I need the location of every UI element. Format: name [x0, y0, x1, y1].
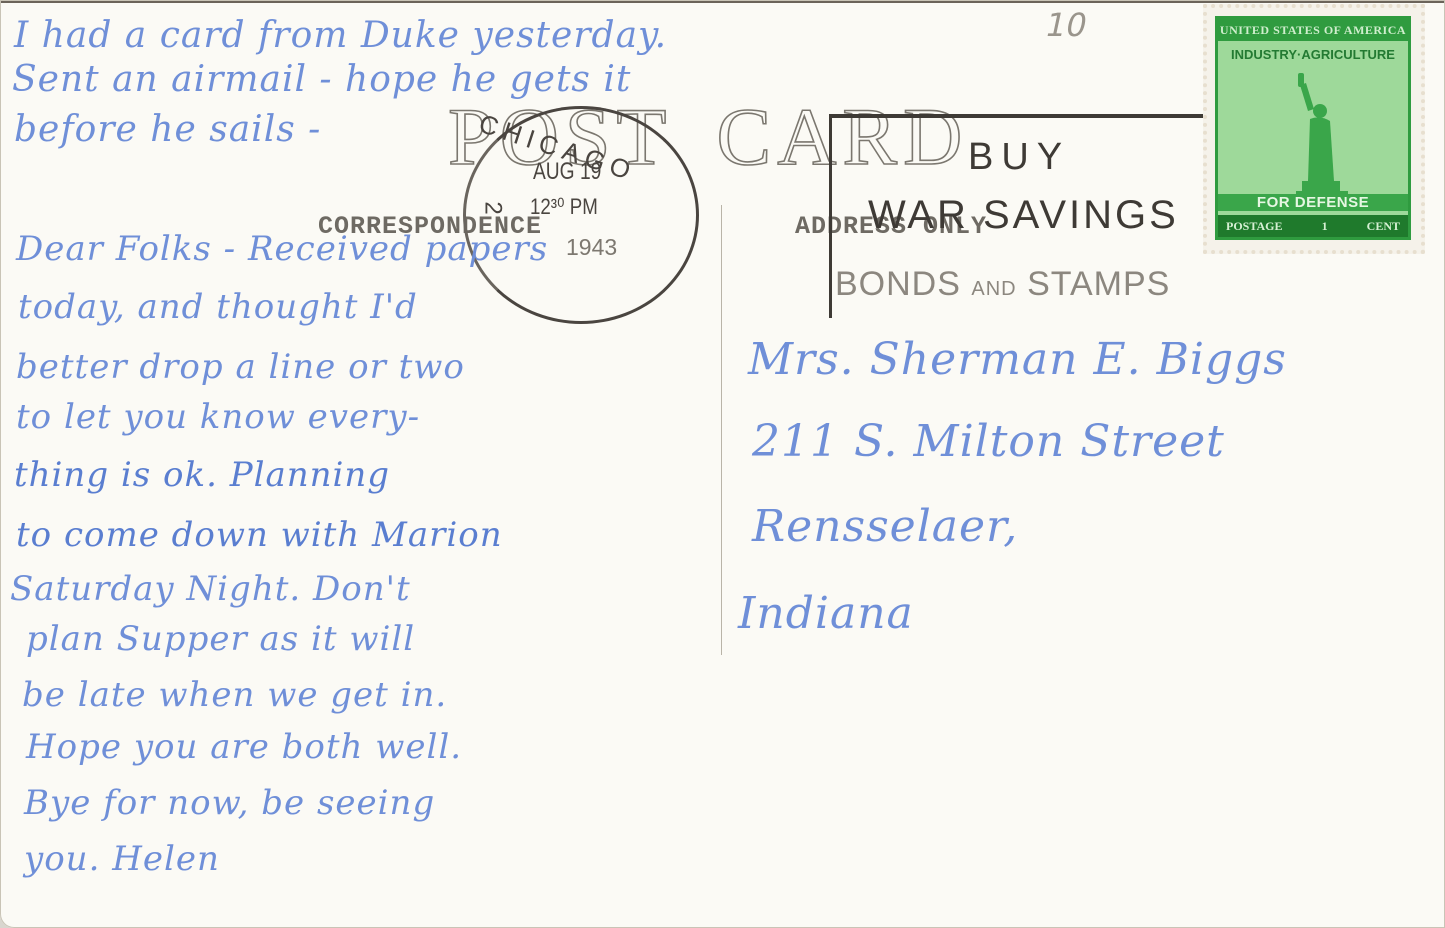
- postage-stamp: UNITED STATES OF AMERICA INDUSTRY·AGRICU…: [1203, 4, 1425, 254]
- message-line: to let you know every-: [16, 400, 420, 434]
- slogan-bonds-stamps: BONDS AND STAMPS: [835, 267, 1170, 301]
- stamp-value-bar: POSTAGE 1 CENT: [1218, 215, 1408, 237]
- page-number: 10: [1042, 6, 1091, 44]
- slogan-bonds: BONDS: [835, 265, 961, 303]
- postmark-date: AUG 19: [533, 160, 601, 184]
- stamp-face: UNITED STATES OF AMERICA INDUSTRY·AGRICU…: [1215, 16, 1411, 240]
- message-line: be late when we get in.: [22, 678, 447, 712]
- postmark-zone: 2: [481, 201, 505, 214]
- signature-line: you. Helen: [24, 842, 220, 876]
- stamp-postage-label: POSTAGE: [1226, 215, 1282, 237]
- message-line: plan Supper as it will: [26, 622, 415, 656]
- note-line: before he sails -: [14, 112, 321, 148]
- message-line: today, and thought I'd: [18, 290, 418, 324]
- slogan-war-savings: WAR SAVINGS: [868, 195, 1179, 235]
- stamp-cent-label: CENT: [1367, 215, 1400, 237]
- stamp-denomination: 1: [1322, 215, 1328, 237]
- postmark-time: 12³⁰ PM: [530, 196, 598, 218]
- message-line: thing is ok. Planning: [14, 458, 390, 492]
- address-line-name: Mrs. Sherman E. Biggs: [748, 338, 1287, 382]
- postcard-back: 10 POSTCARD CORRESPONDENCE ADDRESS ONLY …: [0, 0, 1445, 928]
- stamp-country: UNITED STATES OF AMERICA: [1218, 19, 1408, 41]
- stamp-motto: FOR DEFENSE: [1218, 194, 1408, 211]
- slogan-and: AND: [971, 278, 1016, 300]
- slogan-buy: BUY: [968, 138, 1070, 176]
- message-line: Saturday Night. Don't: [10, 572, 411, 606]
- message-line: Hope you are both well.: [26, 730, 462, 764]
- stamp-subtitle: INDUSTRY·AGRICULTURE: [1218, 47, 1408, 62]
- message-line: better drop a line or two: [16, 350, 465, 384]
- statue-of-liberty-icon: [1288, 71, 1358, 209]
- address-line-street: 211 S. Milton Street: [752, 420, 1225, 464]
- address-line-state: Indiana: [738, 592, 914, 636]
- note-line: Sent an airmail - hope he gets it: [12, 62, 631, 98]
- center-divider: [721, 205, 722, 655]
- slogan-stamps: STAMPS: [1027, 265, 1170, 303]
- message-line: to come down with Marion: [16, 518, 503, 552]
- postmark-year: 1943: [566, 236, 617, 259]
- note-line: I had a card from Duke yesterday.: [14, 18, 667, 54]
- message-line: Bye for now, be seeing: [24, 786, 435, 820]
- address-line-city: Rensselaer,: [752, 505, 1018, 549]
- message-line: Dear Folks - Received papers: [16, 232, 548, 266]
